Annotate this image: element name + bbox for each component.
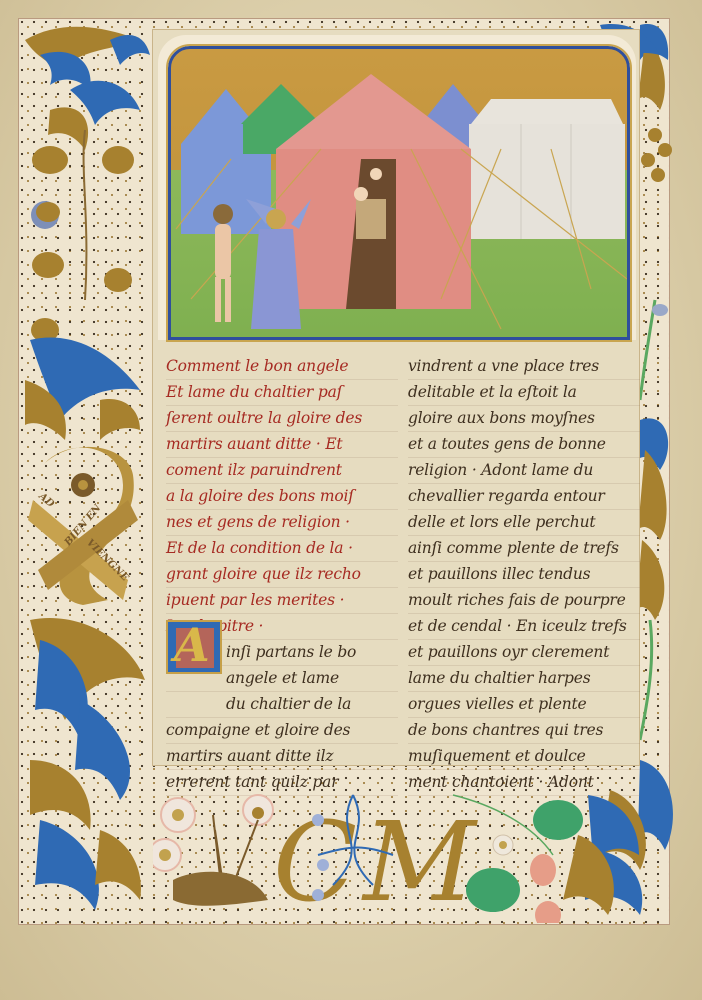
miniature-scene bbox=[171, 49, 627, 337]
illuminated-initial: A bbox=[166, 620, 222, 674]
rubric-line: ipuent par les merites · bbox=[166, 588, 398, 614]
body-line: ainſi comme plente de trefs bbox=[408, 536, 640, 562]
rubric-line: Et lame du chaltier paſ bbox=[166, 380, 398, 406]
body-line: de bons chantres qui tres bbox=[408, 718, 640, 744]
manuscript-page: AD BIEN EN VIENGNE bbox=[0, 0, 702, 1000]
left-column: Comment le bon angele Et lame du chaltie… bbox=[166, 354, 398, 796]
miniature-painting bbox=[168, 46, 630, 340]
body-line: et pauillons illec tendus bbox=[408, 562, 640, 588]
miniature-frame bbox=[158, 35, 636, 340]
body-line: delle et lors elle perchut bbox=[408, 510, 640, 536]
body-line: moult riches fais de pourpre bbox=[408, 588, 640, 614]
right-column: vindrent a vne place tres delitable et l… bbox=[408, 354, 640, 796]
body-line: du chaltier de la bbox=[166, 692, 398, 718]
rubric-line: a la gloire des bons moiſ bbox=[166, 484, 398, 510]
body-line: vindrent a vne place tres bbox=[408, 354, 640, 380]
body-line: religion · Adont lame du bbox=[408, 458, 640, 484]
daisies bbox=[153, 795, 273, 906]
acanthus-top-left bbox=[25, 27, 150, 342]
body-line: et de cendal · En iceulz trefs bbox=[408, 614, 640, 640]
body-line: orgues vielles et plente bbox=[408, 692, 640, 718]
body-line: chevallier regarda entour bbox=[408, 484, 640, 510]
rubric-line: Comment le bon angele bbox=[166, 354, 398, 380]
acanthus-left-lower bbox=[30, 618, 145, 910]
rubric-line: nes et gens de religion · bbox=[166, 510, 398, 536]
acanthus-left-middle bbox=[25, 337, 140, 440]
bottom-border-panel: C M bbox=[153, 775, 639, 923]
rubric-line: Et de la condition de la · bbox=[166, 536, 398, 562]
body-line: et a toutes gens de bonne bbox=[408, 432, 640, 458]
rubric-line: grant gloire que ilz recho bbox=[166, 562, 398, 588]
initial-letter: A bbox=[174, 618, 210, 672]
rubric-line: ſerent oultre la gloire des bbox=[166, 406, 398, 432]
body-line: gloire aux bons moyſnes bbox=[408, 406, 640, 432]
rubric-line: coment ilz paruindrent bbox=[166, 458, 398, 484]
body-line: martirs auant ditte ilz bbox=[166, 744, 398, 770]
body-line: et pauillons oyr clerement bbox=[408, 640, 640, 666]
monogram-m: M bbox=[361, 798, 478, 923]
body-line: lame du chaltier harpes bbox=[408, 666, 640, 692]
body-line: delitable et la eſtoit la bbox=[408, 380, 640, 406]
rubric-line: martirs auant ditte · Et bbox=[166, 432, 398, 458]
body-line: compaigne et gloire des bbox=[166, 718, 398, 744]
body-line: muſiquement et doulce bbox=[408, 744, 640, 770]
